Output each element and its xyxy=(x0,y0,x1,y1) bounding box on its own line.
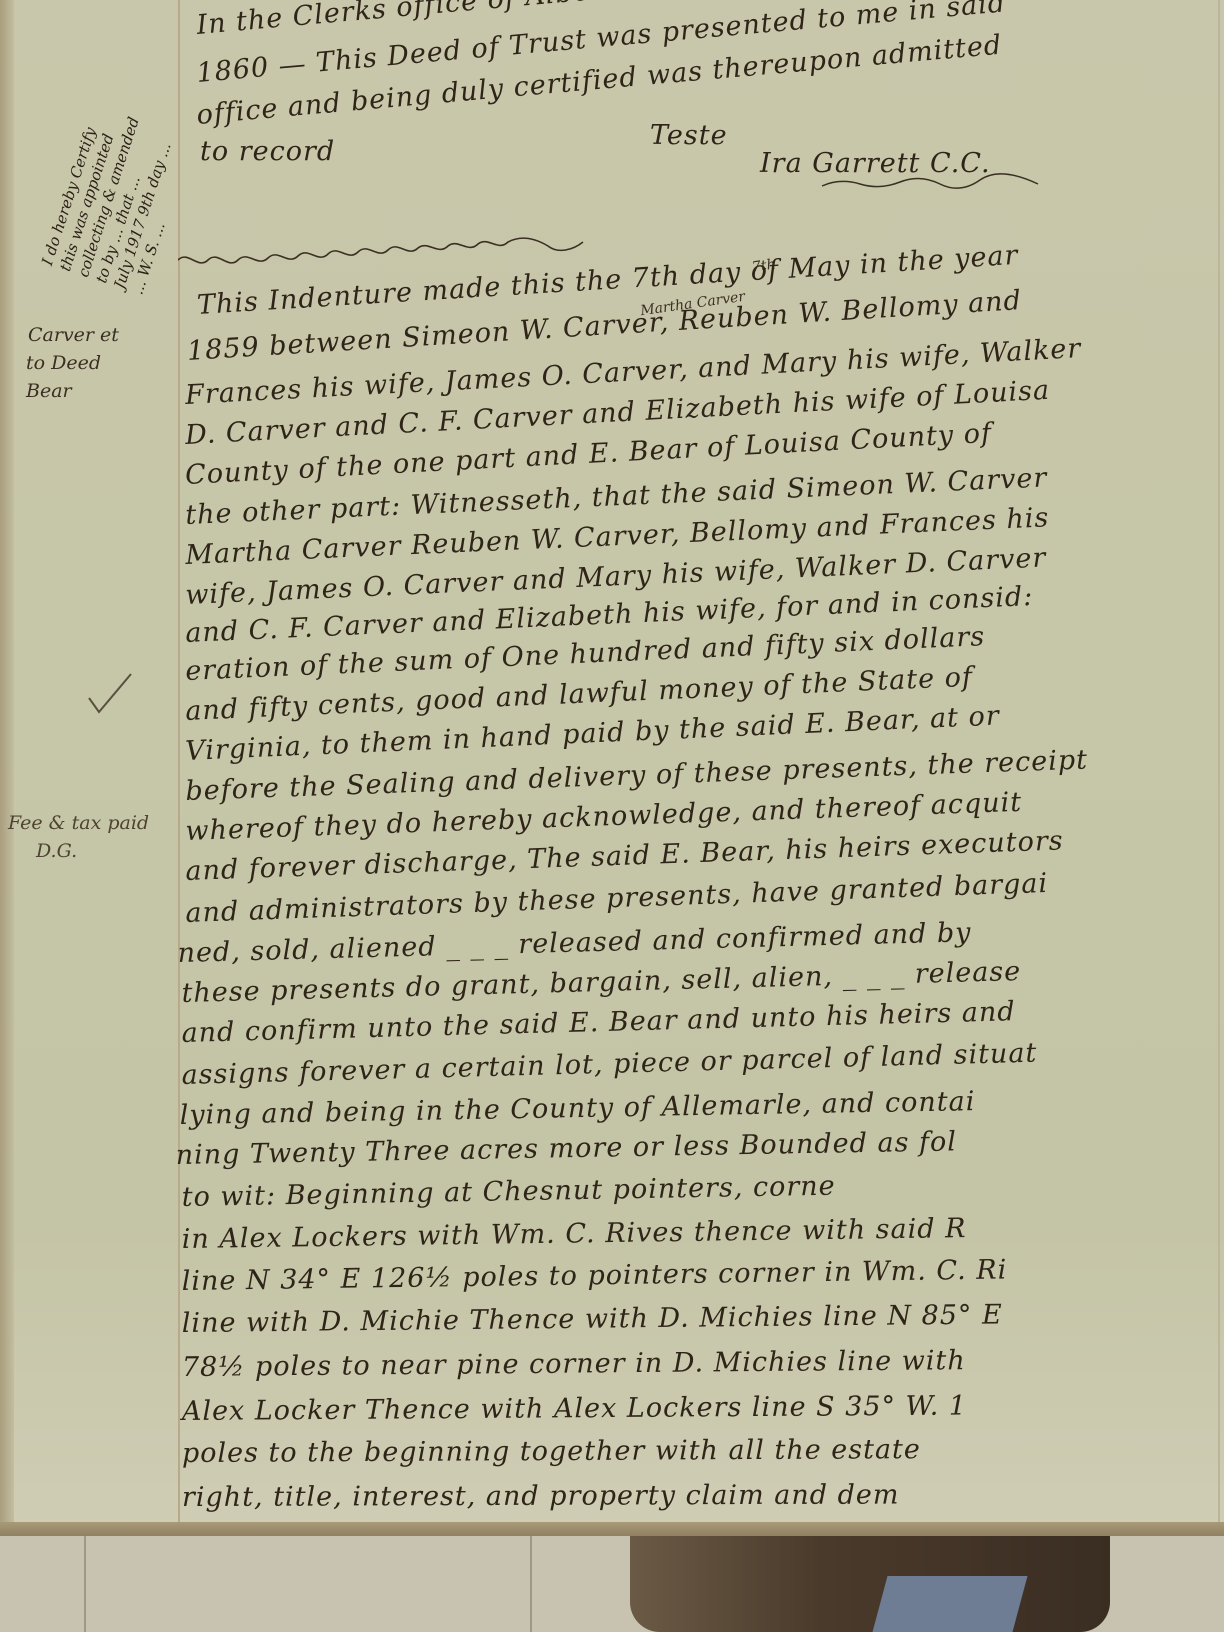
deed-line: Alex Locker Thence with Alex Lockers lin… xyxy=(182,1391,967,1427)
floor-tile-seam xyxy=(84,1536,86,1632)
photographer-jeans xyxy=(872,1576,1027,1632)
flourish-divider-icon xyxy=(178,232,598,272)
certificate-line: to record xyxy=(200,136,335,167)
fee-paid-note: Fee & tax paid xyxy=(8,812,149,834)
margin-index-line: Carver et xyxy=(28,324,119,346)
deed-line: poles to the beginning together with all… xyxy=(182,1434,921,1469)
signature-flourish-icon xyxy=(820,172,1040,192)
margin-rotated-certificate: I do hereby Certify this was appointed c… xyxy=(38,103,198,297)
deed-line: ning Twenty Three acres more or less Bou… xyxy=(175,1126,957,1171)
photographer-shoe xyxy=(630,1536,1110,1632)
fee-initials: D.G. xyxy=(36,840,77,862)
floor-background xyxy=(0,1536,1224,1632)
floor-tile-seam xyxy=(530,1536,532,1632)
deed-line: line with D. Michie Thence with D. Michi… xyxy=(182,1299,1003,1339)
margin-index-line: Bear xyxy=(26,380,72,402)
deed-line: lying and being in the County of Allemar… xyxy=(179,1086,975,1131)
margin-rule-line xyxy=(178,0,180,1530)
checkmark-icon xyxy=(85,668,135,718)
deed-line: 78½ poles to near pine corner in D. Mich… xyxy=(182,1345,966,1383)
deed-book-page: I do hereby Certify this was appointed c… xyxy=(0,0,1224,1530)
margin-index-line: to Deed xyxy=(26,352,101,374)
right-rule-line xyxy=(1218,0,1220,1530)
deed-line: in Alex Lockers with Wm. C. Rives thence… xyxy=(182,1213,967,1255)
deed-line: line N 34° E 126½ poles to pointers corn… xyxy=(182,1254,1008,1297)
deed-line: right, title, interest, and property cla… xyxy=(182,1479,900,1513)
deed-line: to wit: Beginning at Chesnut pointers, c… xyxy=(181,1171,835,1213)
teste-label: Teste xyxy=(650,120,728,151)
book-binding-edge xyxy=(0,0,14,1530)
